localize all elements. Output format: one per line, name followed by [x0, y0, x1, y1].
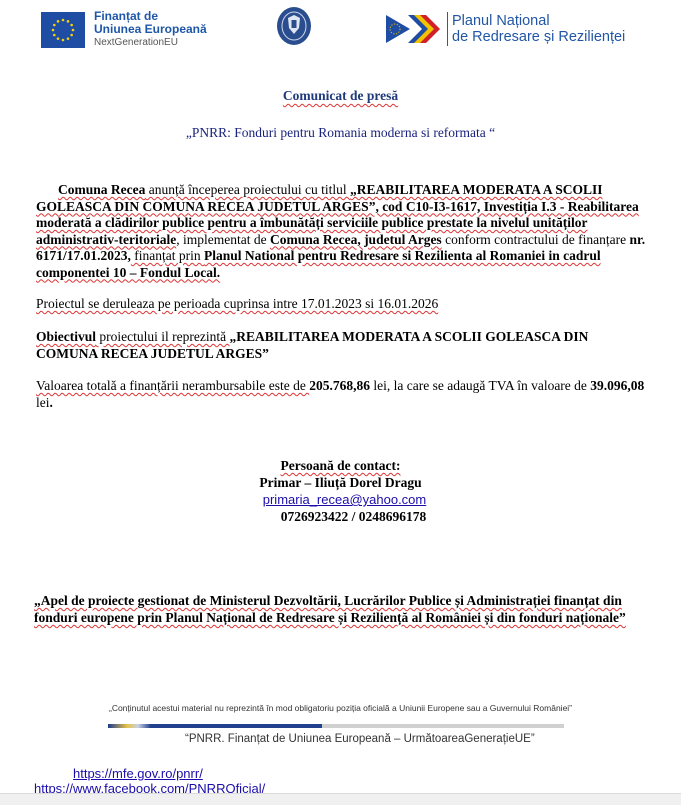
page-subtitle: „PNRR: Fonduri pentru Romania moderna si… — [0, 125, 681, 141]
pnrr-logo-line2: de Redresare și Rezilienței — [452, 29, 625, 45]
contact-block: Persoană de contact: Primar – Iliuță Dor… — [0, 457, 681, 525]
contact-name: Primar – Iliuță Dorel Dragu — [0, 474, 681, 491]
document-page: Finanțat de Uniunea Europeană NextGenera… — [0, 0, 681, 793]
pnrr-logo-line1: Planul Național — [452, 13, 625, 29]
mfe-pnrr-link[interactable]: https://mfe.gov.ro/pnrr/ — [73, 766, 265, 781]
decorative-color-bar — [108, 724, 564, 728]
eu-logo-line3: NextGenerationEU — [94, 36, 207, 49]
project-period-paragraph: Proiectul se deruleaza pe perioada cupri… — [36, 296, 646, 313]
eu-funding-logo: Finanțat de Uniunea Europeană NextGenera… — [41, 10, 207, 49]
eu-logo-line2: Uniunea Europeană — [94, 23, 207, 36]
contact-email-link[interactable]: primaria_recea@yahoo.com — [263, 492, 427, 507]
pnrr-arrows-icon — [386, 12, 444, 46]
eu-flag-icon — [41, 12, 85, 48]
eu-disclaimer: „Conținutul acestui material nu reprezin… — [0, 703, 681, 713]
project-objective-paragraph: Obiectivul proiectului il reprezintă „RE… — [36, 329, 646, 362]
project-announcement-paragraph: Comuna Recea anunță începerea proiectulu… — [36, 182, 646, 281]
page-title: Comunicat de presă — [0, 88, 681, 104]
pnrr-logo: Planul Național de Redresare și Rezilien… — [386, 12, 625, 46]
pnrr-logo-divider — [447, 12, 448, 46]
romanian-government-seal-icon — [276, 6, 312, 46]
page-bottom-edge — [0, 793, 681, 805]
funding-value-paragraph: Valoarea totală a finanțării nerambursab… — [36, 378, 646, 411]
pnrr-tagline: “PNRR. Finanțat de Uniunea Europeană – U… — [185, 733, 535, 745]
footer-links: https://mfe.gov.ro/pnrr/ https://www.fac… — [34, 766, 265, 796]
contact-heading: Persoană de contact: — [0, 457, 681, 474]
funding-call-statement: „Apel de proiecte gestionat de Ministeru… — [34, 592, 654, 626]
contact-phone: 0726923422 / 0248696178 — [26, 508, 681, 525]
